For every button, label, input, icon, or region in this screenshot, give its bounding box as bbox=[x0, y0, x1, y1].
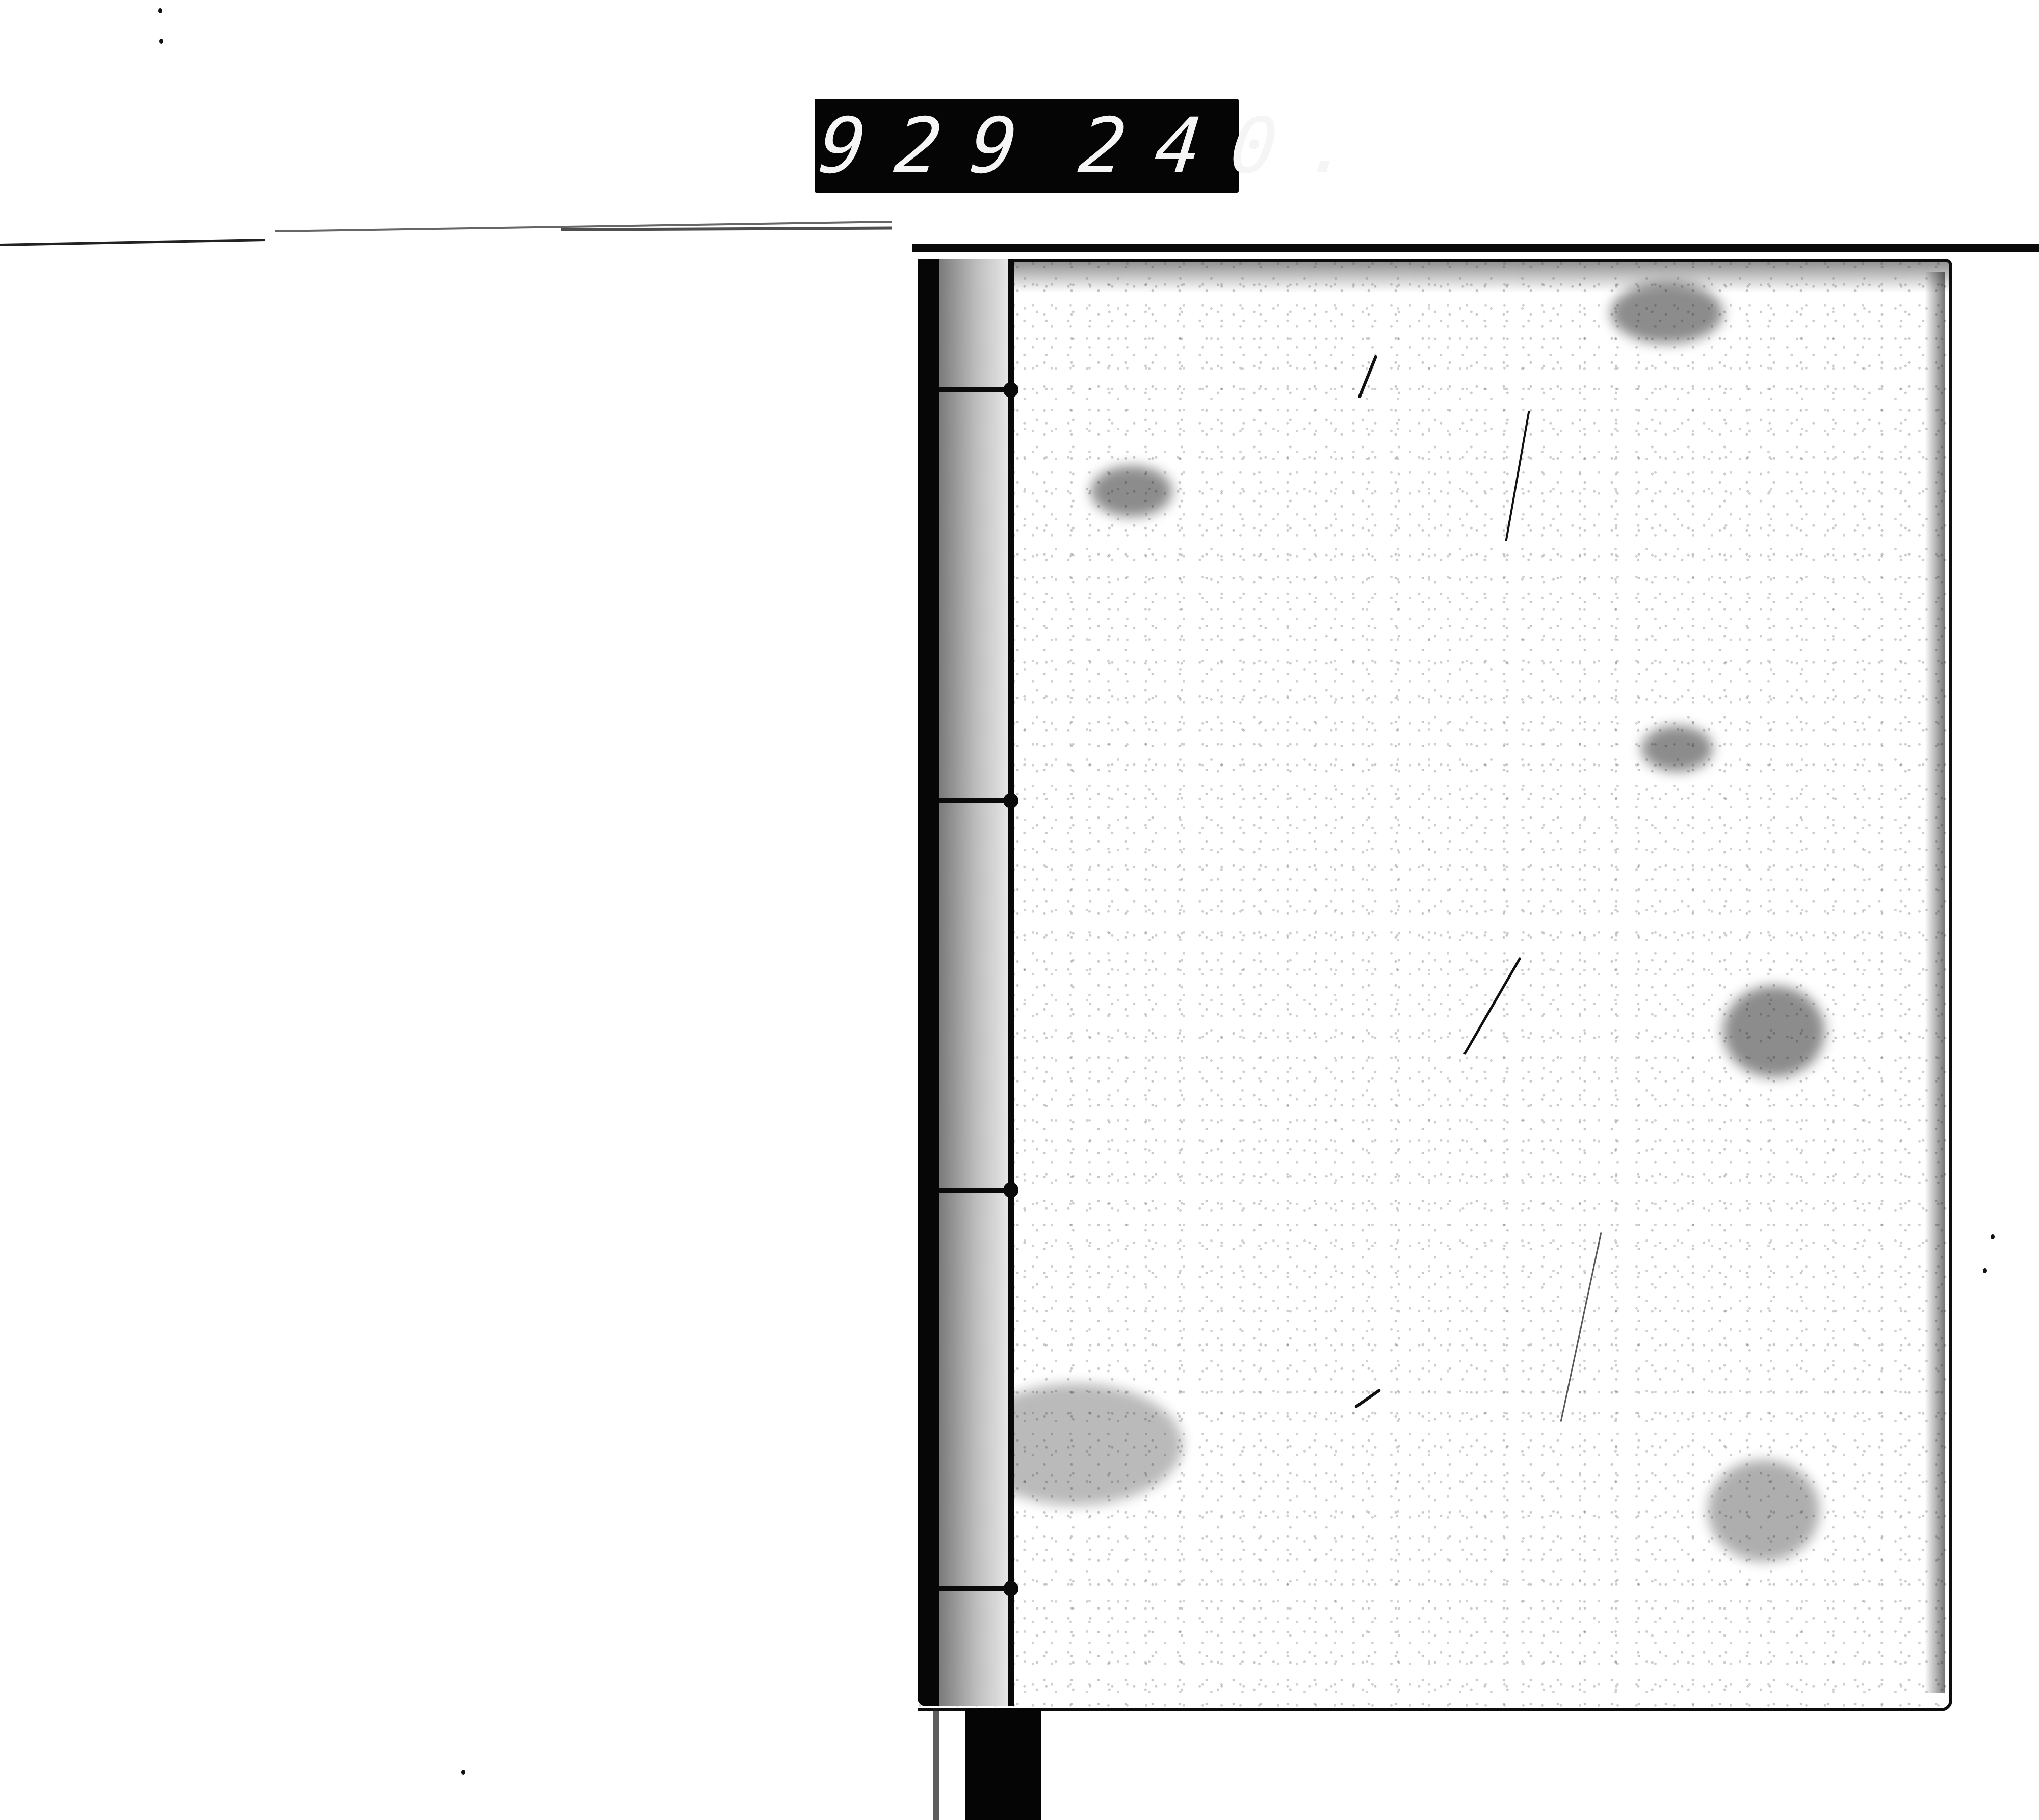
binding-stitch bbox=[939, 387, 1013, 392]
cover-scratch bbox=[1463, 957, 1521, 1055]
stitch-knot bbox=[1003, 1182, 1018, 1198]
book-spine bbox=[918, 259, 939, 1706]
cover-stain bbox=[1611, 282, 1723, 344]
stitch-knot bbox=[1003, 793, 1018, 808]
cover-stain bbox=[1723, 986, 1825, 1077]
cover-scratch bbox=[1505, 411, 1530, 542]
cover-top-wear bbox=[918, 262, 1949, 293]
loose-thread bbox=[933, 1708, 939, 1820]
binding-margin bbox=[939, 259, 1013, 1706]
bottom-tab bbox=[965, 1708, 1041, 1820]
stitch-knot bbox=[1003, 382, 1018, 398]
speck bbox=[159, 39, 163, 44]
cover-scratch bbox=[1560, 1232, 1602, 1422]
top-rule-line bbox=[912, 244, 2039, 252]
cover-stain bbox=[1641, 726, 1713, 772]
left-paper-edge-line bbox=[0, 239, 265, 246]
cover-right-edge-wear bbox=[1925, 272, 1945, 1693]
speck bbox=[461, 1770, 465, 1775]
speck bbox=[1983, 1268, 1987, 1273]
binding-stitch bbox=[939, 1586, 1013, 1591]
catalog-number-left: 929 bbox=[816, 108, 1051, 184]
speck bbox=[158, 8, 162, 13]
stitch-knot bbox=[1003, 1581, 1018, 1596]
cover-stain bbox=[1091, 466, 1172, 517]
cover-scratch bbox=[1354, 1388, 1381, 1408]
catalog-number-right: 240. bbox=[1076, 108, 1386, 184]
cover-stain bbox=[1708, 1460, 1820, 1562]
speck bbox=[1991, 1234, 1995, 1239]
catalog-number-label: 929 240. bbox=[815, 99, 1239, 193]
binding-stitch bbox=[939, 798, 1013, 803]
binding-rail bbox=[1008, 259, 1014, 1706]
cover-scratch bbox=[1357, 355, 1377, 399]
binding-stitch bbox=[939, 1188, 1013, 1193]
book-cover bbox=[918, 259, 1952, 1711]
left-paper-edge-line bbox=[561, 227, 892, 231]
